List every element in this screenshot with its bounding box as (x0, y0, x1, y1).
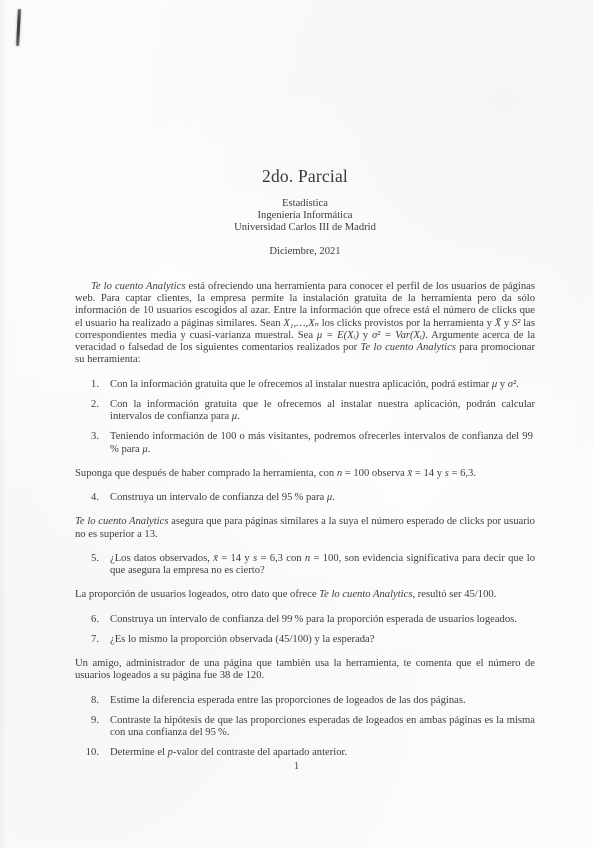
text-run: = 14 y (218, 553, 253, 564)
paragraph: Te lo cuento Analytics está ofreciendo u… (75, 281, 535, 367)
degree-name: Ingeniería Informática (75, 210, 535, 222)
question-number: 3. (75, 431, 99, 443)
page-content: 2do. Parcial Estadística Ingeniería Info… (75, 0, 535, 768)
paragraph: Te lo cuento Analytics asegura que para … (75, 516, 535, 541)
text-run: Estime la diferencia esperada entre las … (110, 695, 466, 706)
question-number: 1. (75, 379, 99, 391)
scanned-exam-page: 2do. Parcial Estadística Ingeniería Info… (0, 0, 593, 848)
question-item: 6.Construya un intervalo de confianza de… (75, 614, 535, 626)
question-text: Con la información gratuita que le ofrec… (110, 379, 535, 391)
question-number: 10. (75, 747, 99, 759)
text-run: . (148, 444, 151, 455)
document-header: 2do. Parcial Estadística Ingeniería Info… (75, 0, 535, 258)
text-run: . (516, 379, 519, 390)
question-number: 2. (75, 399, 99, 411)
question-number: 9. (75, 715, 99, 727)
question-text: ¿Es lo mismo la proporción observada (45… (110, 634, 535, 646)
document-date: Diciembre, 2021 (75, 246, 535, 258)
question-number: 6. (75, 614, 99, 626)
paragraph: Un amigo, administrador de una página qu… (75, 658, 535, 683)
question-number: 5. (75, 553, 99, 565)
document-subtitle: Estadística Ingeniería Informática Unive… (75, 198, 535, 235)
italic-text-run: X₁,…,Xₙ (283, 318, 319, 329)
question-text: Teniendo información de 100 o más visita… (110, 431, 535, 456)
paragraph: La proporción de usuarios logeados, otro… (75, 589, 535, 601)
italic-text-run: μ = E(Xᵢ) (317, 330, 359, 341)
question-text: Con la información gratuita que le ofrec… (110, 399, 535, 424)
question-text: Construya un intervalo de confianza del … (110, 492, 535, 504)
text-run: Construya un intervalo de confianza del … (110, 614, 517, 625)
text-run: Contraste la hipótesis de que las propor… (110, 715, 535, 738)
question-item: 4.Construya un intervalo de confianza de… (75, 492, 535, 504)
text-run: ¿Los datos observados, (110, 553, 213, 564)
question-number: 8. (75, 695, 99, 707)
text-run: . (237, 411, 240, 422)
question-number: 7. (75, 634, 99, 646)
paragraph: Suponga que después de haber comprado la… (75, 468, 535, 480)
question-item: 2.Con la información gratuita que le ofr… (75, 399, 535, 424)
text-run: ¿Es lo mismo la proporción observada (45… (110, 634, 374, 645)
text-run: Teniendo información de 100 o más visita… (110, 431, 535, 454)
question-text: Determine el p-valor del contraste del a… (110, 747, 535, 759)
document-title: 2do. Parcial (75, 166, 535, 186)
text-run: = 100 observa (342, 468, 407, 479)
text-run: y (501, 318, 512, 329)
course-name: Estadística (75, 198, 535, 210)
question-text: Construya un intervalo de confianza del … (110, 614, 535, 626)
italic-text-run: Te lo cuento Analytics (319, 589, 412, 600)
document-content: Te lo cuento Analytics está ofreciendo u… (75, 281, 535, 760)
university-name: Universidad Carlos III de Madrid (75, 222, 535, 234)
question-item: 5.¿Los datos observados, x̄ = 14 y s = 6… (75, 553, 535, 578)
italic-text-run: Te lo cuento Analytics (91, 281, 185, 292)
question-text: ¿Los datos observados, x̄ = 14 y s = 6,3… (110, 553, 535, 578)
text-run: = 6,3. (449, 468, 476, 479)
text-run: Con la información gratuita que le ofrec… (110, 399, 535, 422)
text-run: Construya un intervalo de confianza del … (110, 492, 327, 503)
question-text: Estime la diferencia esperada entre las … (110, 695, 535, 707)
question-item: 3.Teniendo información de 100 o más visi… (75, 431, 535, 456)
text-run: . (332, 492, 335, 503)
question-item: 8.Estime la diferencia esperada entre la… (75, 695, 535, 707)
italic-text-run: Te lo cuento Analytics (75, 516, 168, 527)
question-number: 4. (75, 492, 99, 504)
question-text: Contraste la hipótesis de que las propor… (110, 715, 535, 740)
page-number: 1 (0, 761, 593, 772)
text-run: La proporción de usuarios logeados, otro… (75, 589, 319, 600)
text-run: -valor del contraste del apartado anteri… (173, 747, 347, 758)
question-item: 7.¿Es lo mismo la proporción observada (… (75, 634, 535, 646)
italic-text-run: σ² (508, 379, 516, 390)
question-item: 9.Contraste la hipótesis de que las prop… (75, 715, 535, 740)
text-run: y (497, 379, 508, 390)
italic-text-run: σ² = Var(Xᵢ) (372, 330, 425, 341)
text-run: , resultó ser 45/100. (412, 589, 496, 600)
scan-artifact-mark (16, 9, 21, 46)
question-item: 1.Con la información gratuita que le ofr… (75, 379, 535, 391)
text-run: = 6,3 con (257, 553, 305, 564)
text-run: Suponga que después de haber comprado la… (75, 468, 337, 479)
text-run: Con la información gratuita que le ofrec… (110, 379, 492, 390)
question-item: 10.Determine el p-valor del contraste de… (75, 747, 535, 759)
text-run: los clicks provistos por la herramienta … (319, 318, 495, 329)
text-run: Un amigo, administrador de una página qu… (75, 658, 535, 681)
text-run: Determine el (110, 747, 168, 758)
text-run: = 14 y (412, 468, 444, 479)
text-run: y (359, 330, 372, 341)
italic-text-run: Te lo cuento Analytics (361, 342, 456, 353)
